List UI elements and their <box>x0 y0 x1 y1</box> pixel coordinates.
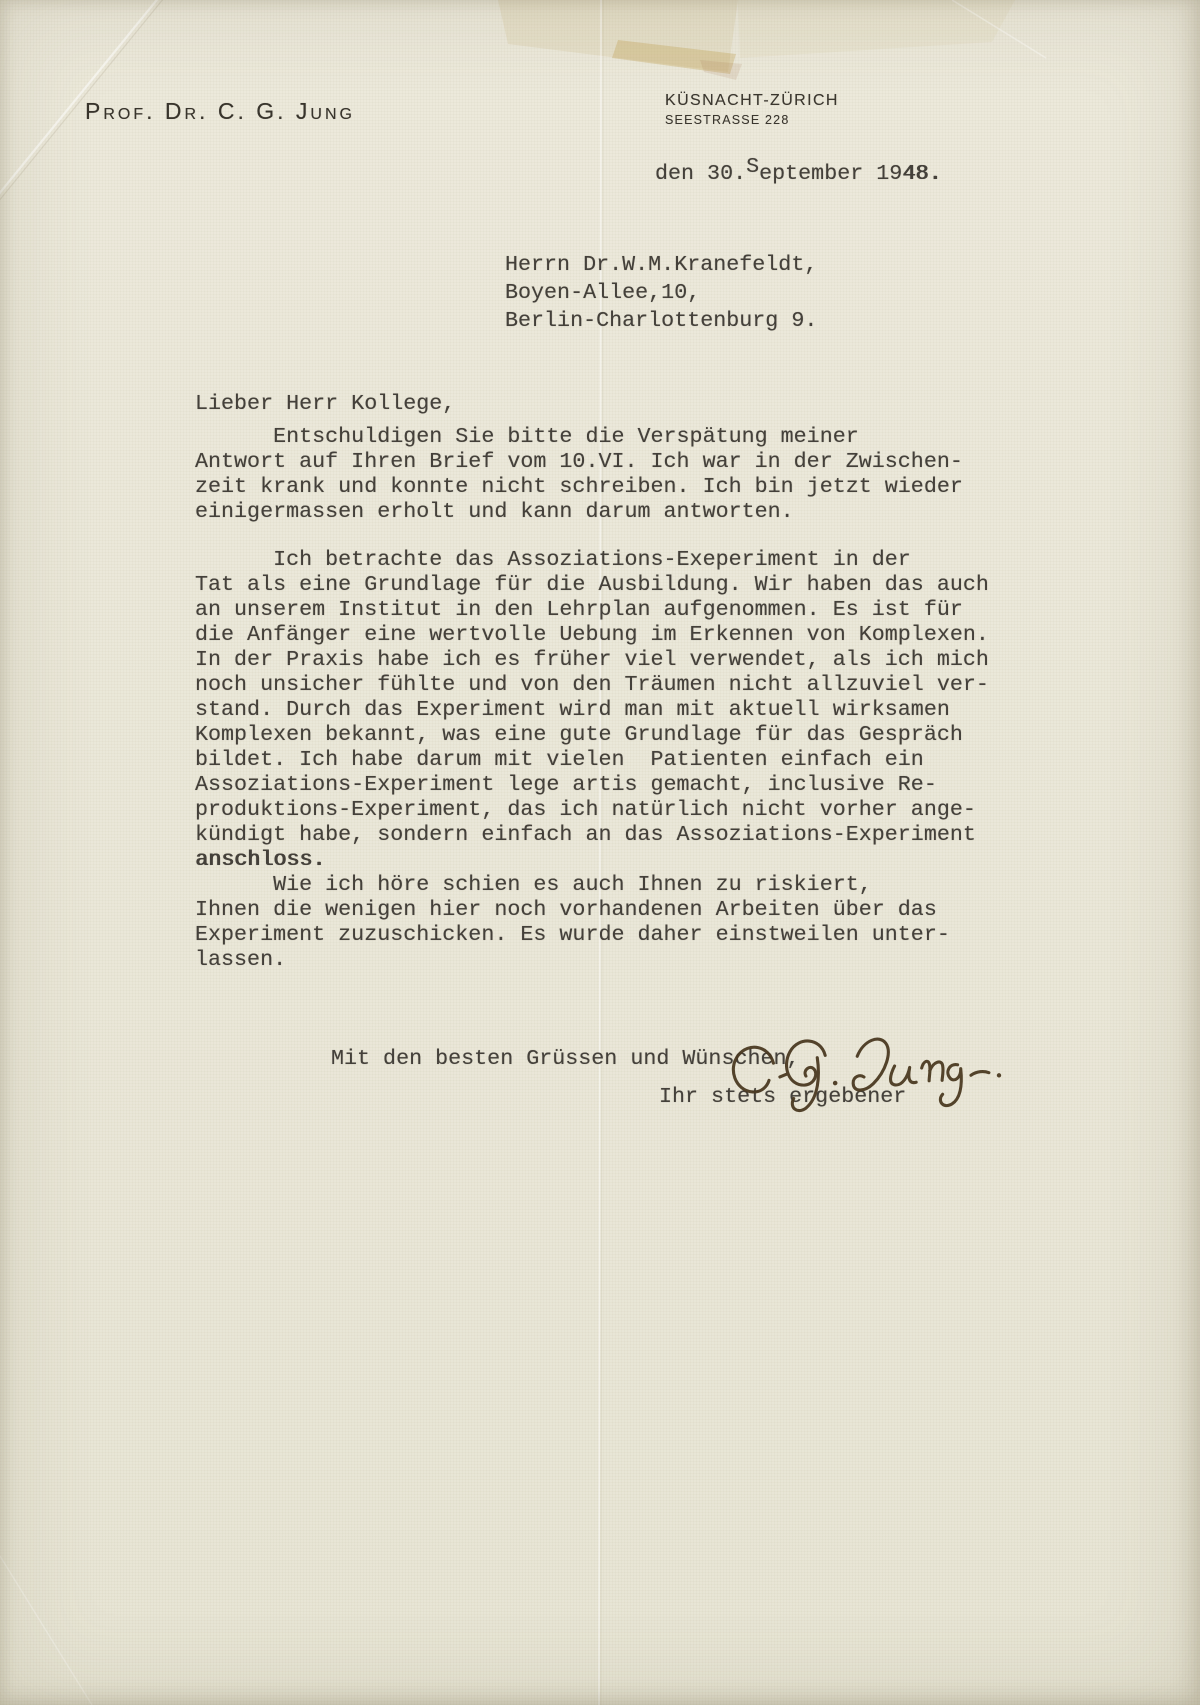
letter-line: Komplexen bekannt, was eine gute Grundla… <box>195 722 989 747</box>
date-overstruck-year: 48. <box>902 161 941 186</box>
letter-line: Entschuldigen Sie bitte die Verspätung m… <box>195 424 963 449</box>
letter-line: Assoziations-Experiment lege artis gemac… <box>195 772 989 797</box>
letterhead-street: SEESTRASSE 228 <box>665 113 839 127</box>
letter-line: lassen. <box>195 947 950 972</box>
paragraph-2: Ich betrachte das Assoziations-Exeperime… <box>195 547 989 872</box>
letterhead-city: KÜSNACHT-ZÜRICH <box>665 92 839 110</box>
date-line: den 30.September 1948. <box>655 161 941 186</box>
letterhead-address: KÜSNACHT-ZÜRICH SEESTRASSE 228 <box>665 92 839 127</box>
letter-line: zeit krank und konnte nicht schreiben. I… <box>195 474 963 499</box>
date-part2: eptember 19 <box>759 161 902 186</box>
date-raised-s: S <box>746 154 759 179</box>
letter-line: kündigt habe, sondern einfach an das Ass… <box>195 822 989 847</box>
letter-line: Ihnen die wenigen hier noch vorhandenen … <box>195 897 950 922</box>
fold-crease-bottomleft <box>0 1556 92 1705</box>
paragraph-1: Entschuldigen Sie bitte die Verspätung m… <box>195 424 963 524</box>
letter-line: stand. Durch das Experiment wird man mit… <box>195 697 989 722</box>
letter-line: Antwort auf Ihren Brief vom 10.VI. Ich w… <box>195 449 963 474</box>
letter-line: Herrn Dr.W.M.Kranefeldt, <box>505 251 817 279</box>
letter-line: Tat als eine Grundlage für die Ausbildun… <box>195 572 989 597</box>
letter-line: einigermassen erholt und kann darum antw… <box>195 499 963 524</box>
letter-line: Wie ich höre schien es auch Ihnen zu ris… <box>195 872 950 897</box>
letter-line: In der Praxis habe ich es früher viel ve… <box>195 647 989 672</box>
letter-line: Ich betrachte das Assoziations-Exeperime… <box>195 547 989 572</box>
letter-line: noch unsicher fühlte und von den Träumen… <box>195 672 989 697</box>
letter-line: an unserem Institut in den Lehrplan aufg… <box>195 597 989 622</box>
letter-line: Boyen-Allee,10, <box>505 279 817 307</box>
letter-line: die Anfänger eine wertvolle Uebung im Er… <box>195 622 989 647</box>
letterhead-name: Prof. Dr. C. G. Jung <box>85 98 355 125</box>
signature-cg-jung <box>720 1017 1010 1139</box>
letter-line: bildet. Ich habe darum mit vielen Patien… <box>195 747 989 772</box>
letter-line: anschloss. <box>195 847 989 872</box>
date-part1: den 30. <box>655 161 746 186</box>
tape-residue <box>498 0 1015 80</box>
paragraph-3: Wie ich höre schien es auch Ihnen zu ris… <box>195 872 950 972</box>
fold-crease-topright <box>952 0 1046 58</box>
letter-line: Experiment zuzuschicken. Es wurde daher … <box>195 922 950 947</box>
salutation: Lieber Herr Kollege, <box>195 391 455 416</box>
letter-line: produktions-Experiment, das ich natürlic… <box>195 797 989 822</box>
letter-page: Prof. Dr. C. G. Jung KÜSNACHT-ZÜRICH SEE… <box>0 0 1200 1705</box>
recipient-address: Herrn Dr.W.M.Kranefeldt,Boyen-Allee,10,B… <box>505 251 817 335</box>
letter-line: Berlin-Charlottenburg 9. <box>505 307 817 335</box>
